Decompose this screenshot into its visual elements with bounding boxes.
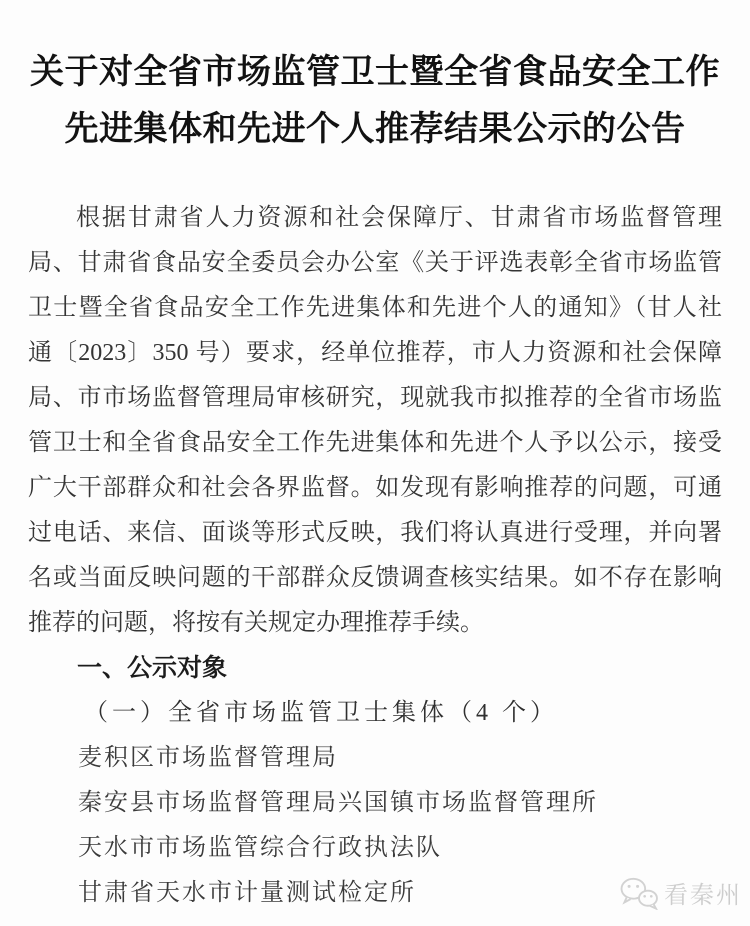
paragraph-line: 卫士暨全省食品安全工作先进集体和先进个人的通知》（甘人社 [28,286,722,331]
document-body: 根据甘肃省人力资源和社会保障厅、甘肃省市场监督管理 局、甘肃省食品安全委员会办公… [28,196,722,916]
document-title: 关于对全省市场监管卫士暨全省食品安全工作 先进集体和先进个人推荐结果公示的公告 [28,44,722,158]
announcement-document: 关于对全省市场监管卫士暨全省食品安全工作 先进集体和先进个人推荐结果公示的公告 … [0,44,750,916]
paragraph-line: 广大干部群众和社会各界监督。如发现有影响推荐的问题，可通 [28,466,722,511]
watermark-label: 看秦州 [664,875,742,910]
section-heading: 一、公示对象 [28,646,722,691]
paragraph-line: 局、市市场监督管理局审核研究，现就我市拟推荐的全省市场监 [28,376,722,421]
wechat-icon [618,876,660,910]
paragraph-line: 根据甘肃省人力资源和社会保障厅、甘肃省市场监督管理 [28,196,722,241]
section-subheading: （一）全省市场监管卫士集体（4 个） [28,691,722,736]
paragraph-line: 过电话、来信、面谈等形式反映，我们将认真进行受理，并向署 [28,511,722,556]
paragraph-line: 管卫士和全省食品安全工作先进集体和先进个人予以公示，接受 [28,421,722,466]
title-line-2: 先进集体和先进个人推荐结果公示的公告 [28,101,722,158]
watermark: 看秦州 [618,875,742,910]
paragraph-line: 通〔2023〕350 号）要求，经单位推荐，市人力资源和社会保障 [28,331,722,376]
paragraph-line: 名或当面反映问题的干部群众反馈调查核实结果。如不存在影响 [28,556,722,601]
list-item: 秦安县市场监督管理局兴国镇市场监督管理所 [28,781,722,826]
title-line-1: 关于对全省市场监管卫士暨全省食品安全工作 [28,44,722,101]
list-item: 麦积区市场监督管理局 [28,736,722,781]
paragraph-line: 局、甘肃省食品安全委员会办公室《关于评选表彰全省市场监管 [28,241,722,286]
list-item: 天水市市场监管综合行政执法队 [28,826,722,871]
paragraph-line: 推荐的问题，将按有关规定办理推荐手续。 [28,601,722,646]
